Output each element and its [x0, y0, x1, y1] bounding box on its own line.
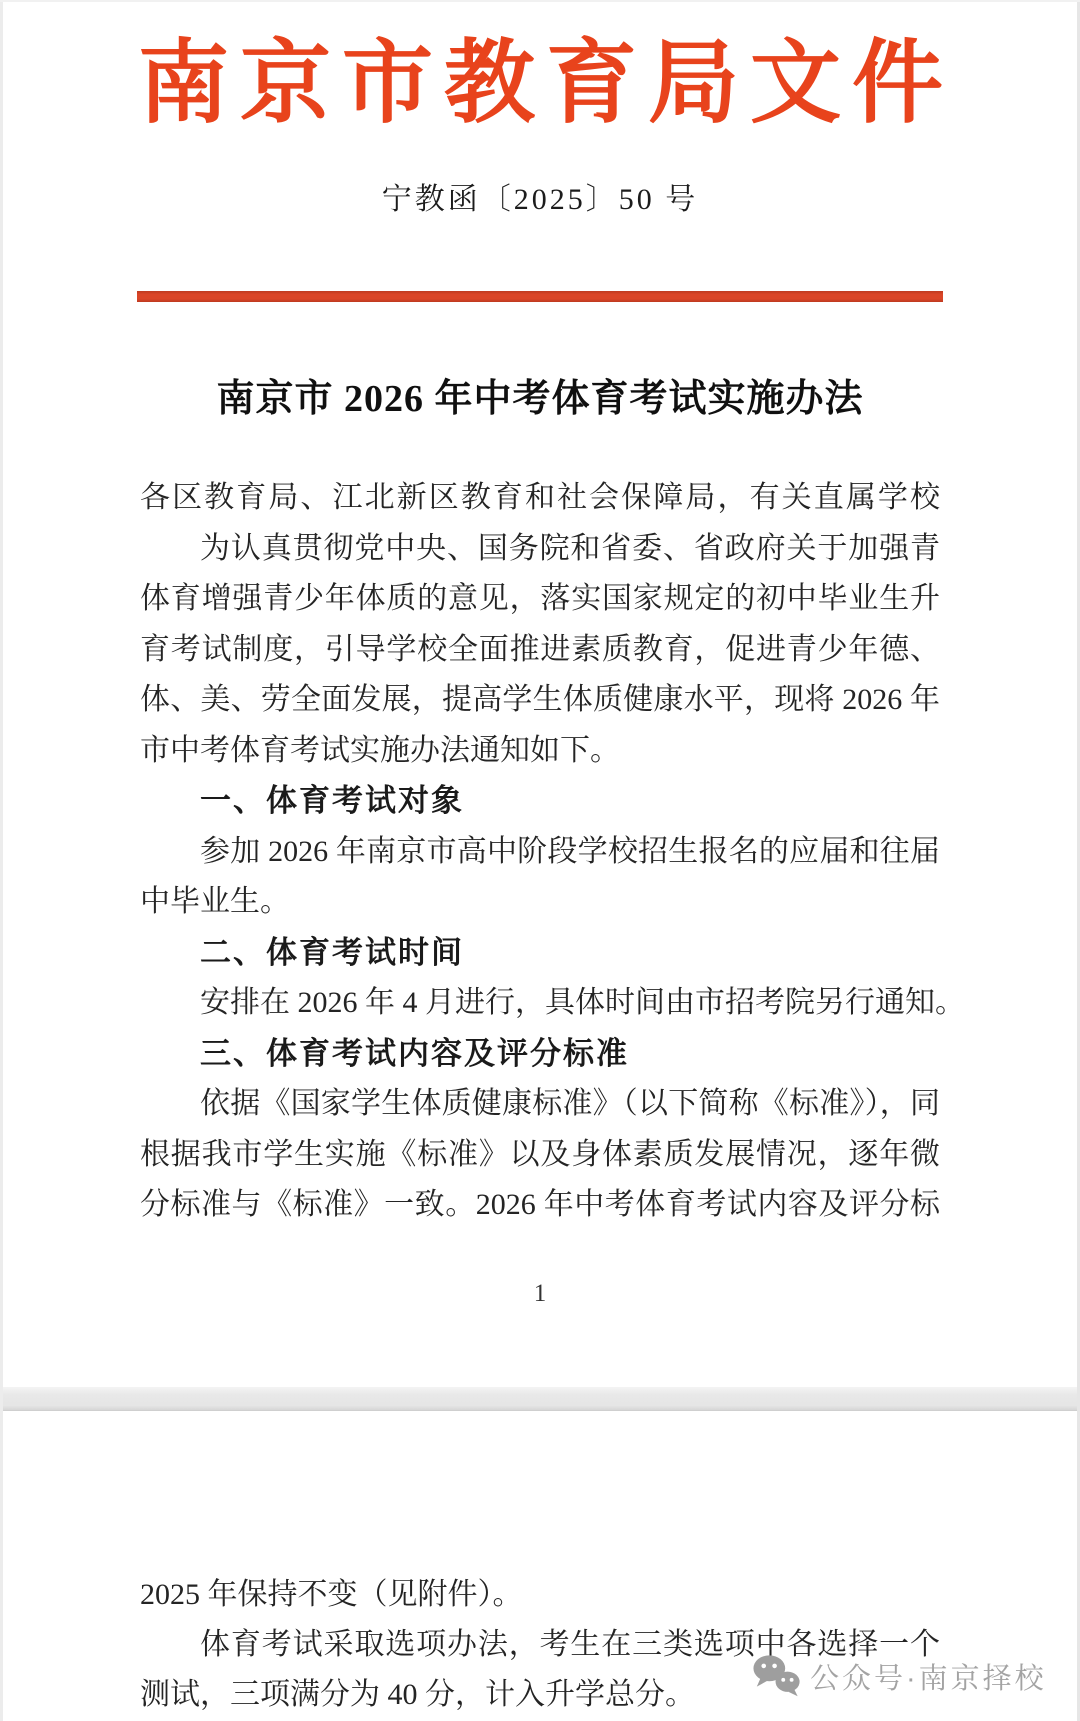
- section-heading: 二、体育考试时间: [140, 928, 940, 979]
- body-line: 育考试制度，引导学校全面推进素质教育，促进青少年德、智、: [140, 625, 940, 676]
- body-line: 体育增强青少年体质的意见，落实国家规定的初中毕业生升学体: [140, 574, 940, 625]
- document-scan: 南京市教育局文件 宁教函〔2025〕50 号 南京市 2026 年中考体育考试实…: [0, 0, 1080, 1721]
- page1-body: 各区教育局、江北新区教育和社会保障局，有关直属学校（单位）：为认真贯彻党中央、国…: [140, 473, 940, 1231]
- red-divider-bar: [137, 291, 943, 302]
- body-line: 市中考体育考试实施办法通知如下。: [140, 726, 940, 777]
- section-heading: 三、体育考试内容及评分标准: [140, 1029, 940, 1080]
- scan-edge-top: [0, 0, 1080, 2]
- body-line: 中毕业生。: [140, 877, 940, 928]
- body-line: 参加 2026 年南京市高中阶段学校招生报名的应届和往届初: [140, 827, 940, 878]
- body-line: 各区教育局、江北新区教育和社会保障局，有关直属学校（单位）：: [140, 473, 940, 524]
- body-line: 2025 年保持不变（见附件）。: [140, 1570, 940, 1620]
- body-line: 依据《国家学生体质健康标准》（以下简称《标准》），同时: [140, 1079, 940, 1130]
- wechat-icon: [752, 1653, 802, 1699]
- watermark: 公众号·南京择校: [752, 1653, 1047, 1699]
- section-heading: 一、体育考试对象: [140, 776, 940, 827]
- page-number: 1: [0, 1280, 1080, 1308]
- page-break-divider: [0, 1387, 1080, 1411]
- masthead-title: 南京市教育局文件: [138, 34, 944, 134]
- document-number: 宁教函〔2025〕50 号: [140, 182, 940, 218]
- body-line: 安排在 2026 年 4 月进行，具体时间由市招考院另行通知。: [140, 978, 940, 1029]
- body-line: 为认真贯彻党中央、国务院和省委、省政府关于加强青少年: [140, 524, 940, 575]
- scan-edge-left: [0, 0, 3, 1721]
- document-title: 南京市 2026 年中考体育考试实施办法: [90, 377, 990, 421]
- body-line: 体、美、劳全面发展，提高学生体质健康水平，现将 2026 年我: [140, 675, 940, 726]
- watermark-text: 公众号·南京择校: [810, 1656, 1047, 1697]
- body-line: 分标准与《标准》一致。2026 年中考体育考试内容及评分标准与: [140, 1180, 940, 1231]
- body-line: 根据我市学生实施《标准》以及身体素质发展情况，逐年微调评: [140, 1130, 940, 1181]
